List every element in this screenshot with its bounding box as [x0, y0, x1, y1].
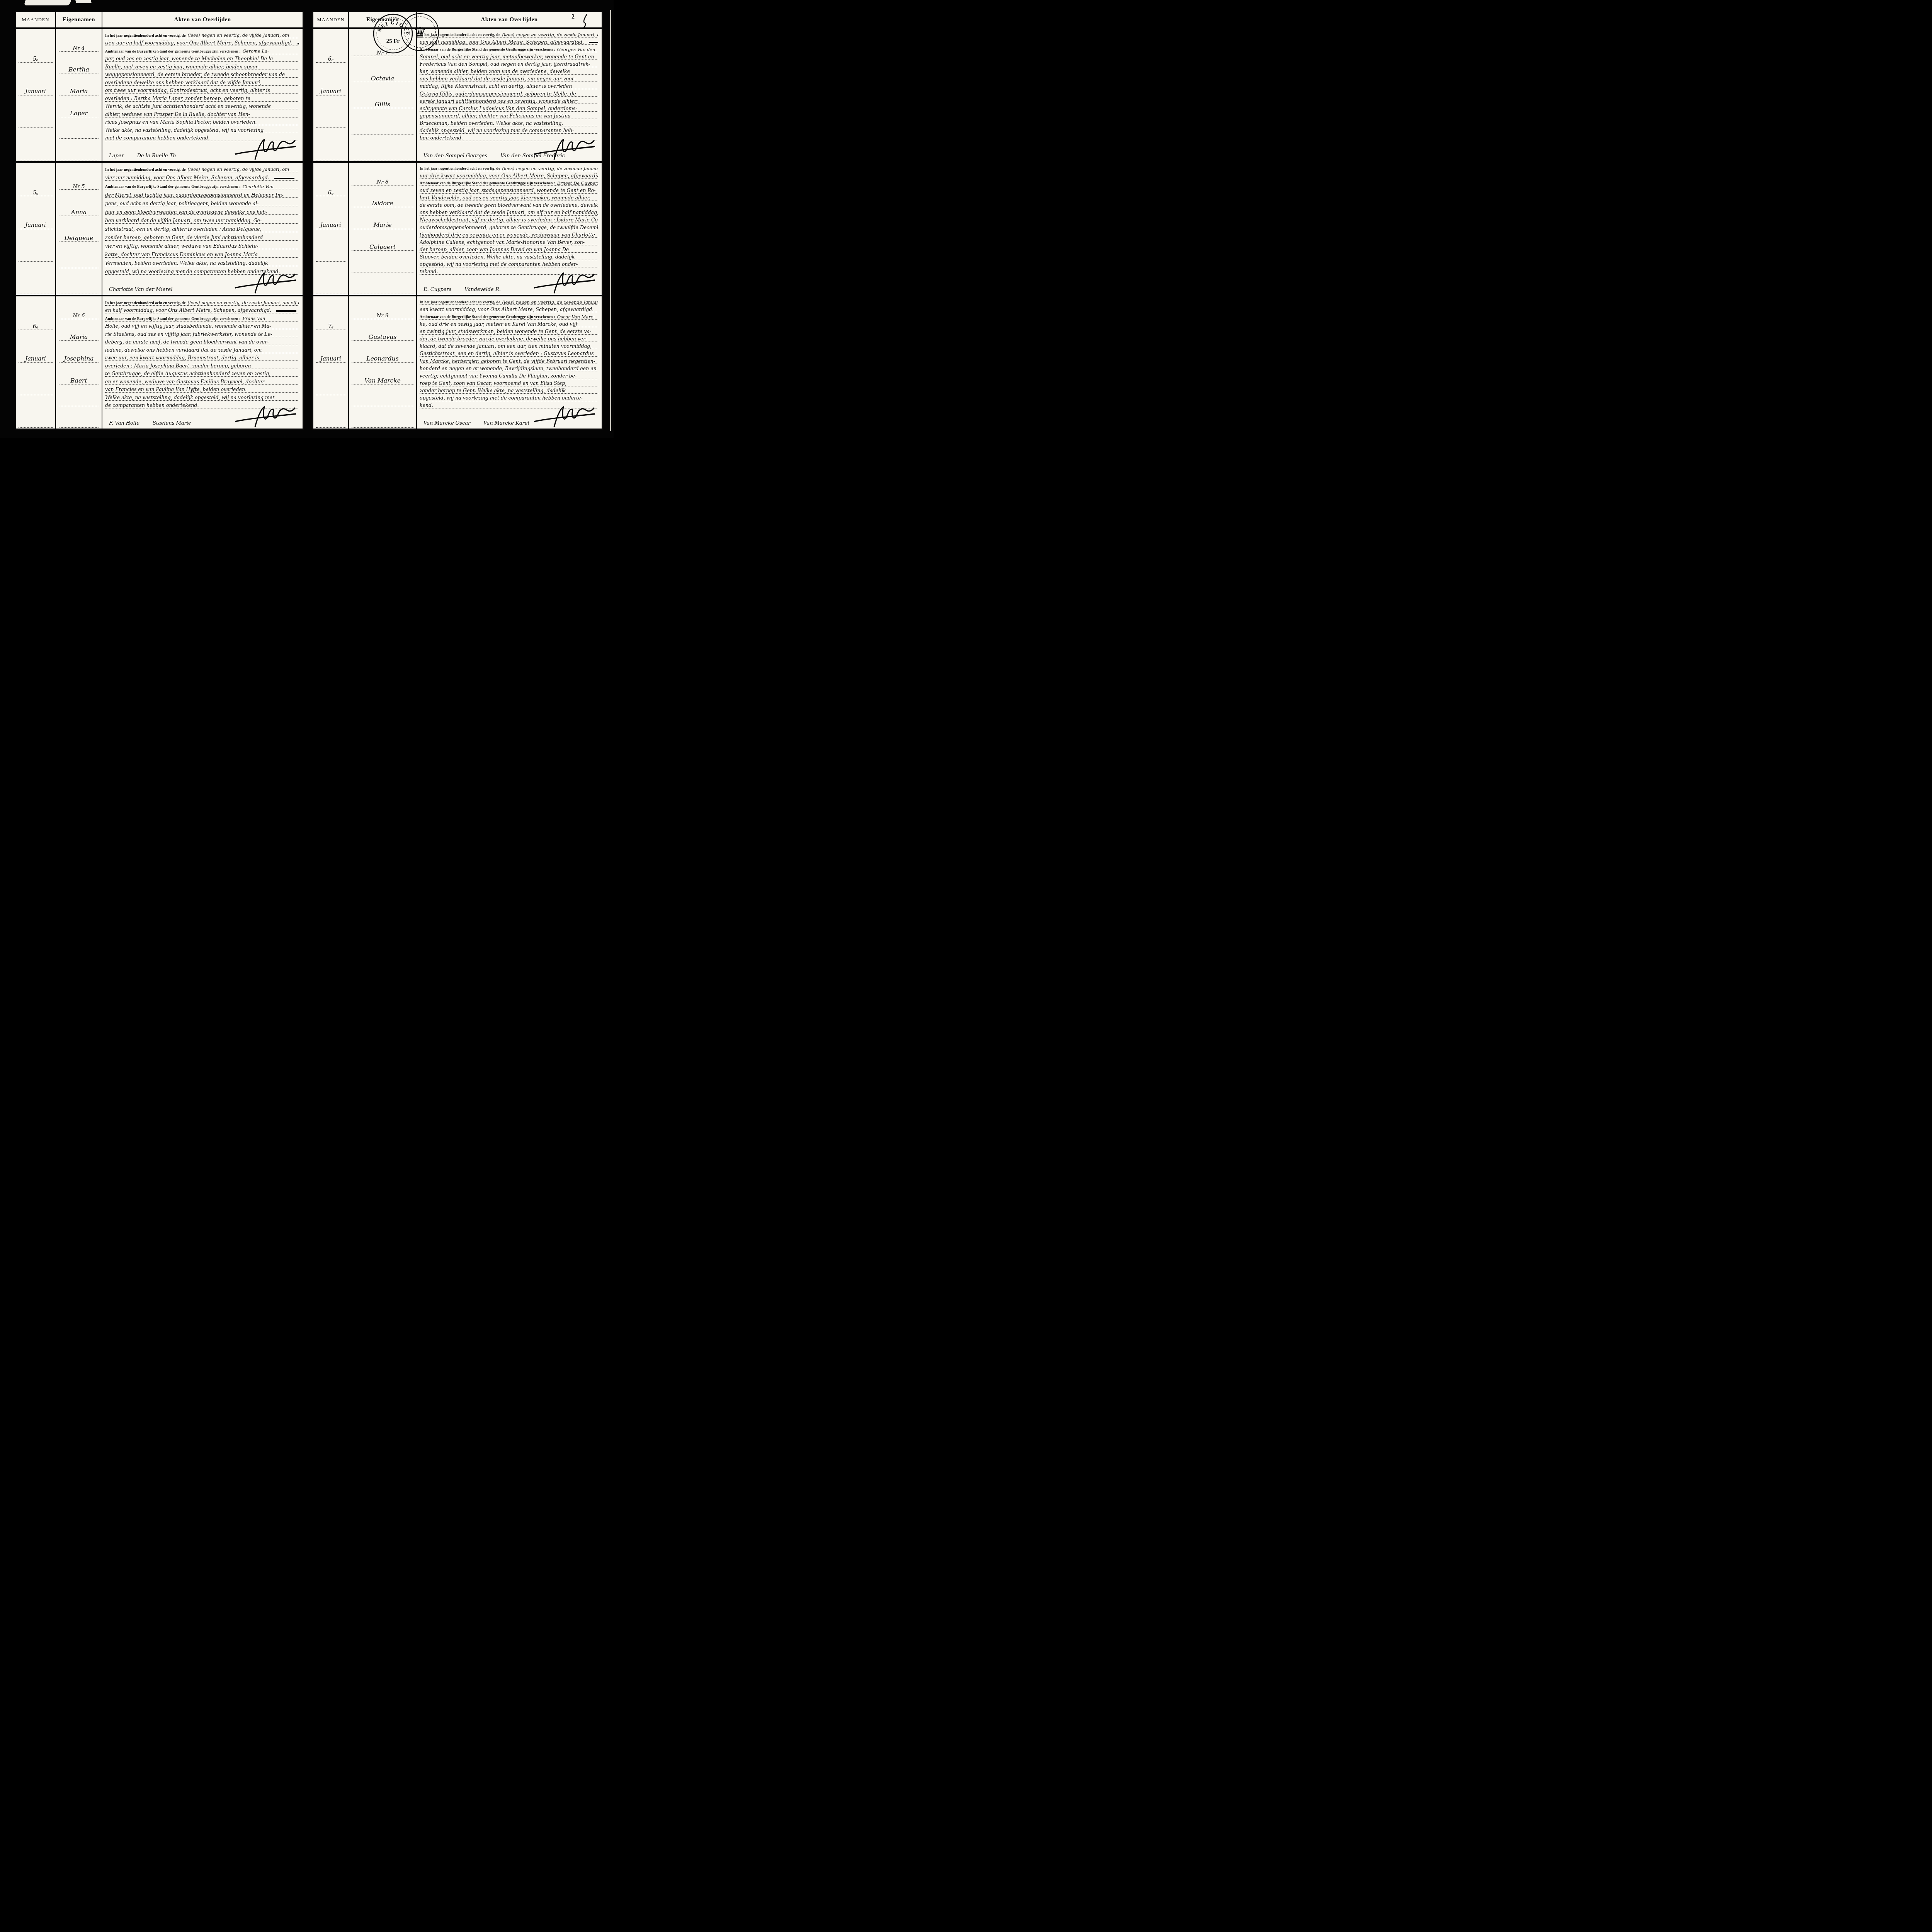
month-day-line: 6e	[316, 30, 345, 63]
signature-row: Laper De la Ruelle Th	[105, 141, 299, 160]
handwritten-insert: (lees) negen en veertig, de zevende Janu…	[502, 300, 598, 305]
text-line: bert Vandevelde, oud zes en veertig jaar…	[420, 194, 598, 201]
text-line: overleden : Bertha Maria Laper, zonder b…	[105, 94, 299, 102]
text-line: Anna	[59, 190, 99, 216]
ruled-line	[59, 242, 99, 268]
printed-appeared: Ambtenaar van de Burgerlijke Stand der g…	[420, 181, 555, 185]
text-line: Ruelle, oud zeven en zestig jaar, wonend…	[105, 62, 299, 70]
ruled-line	[352, 108, 413, 134]
death-record-nr4: 5e Januari Nr 4 BerthaMariaLaper In het …	[16, 29, 303, 163]
handwritten-text: vier uur namiddag, voor Ons Albert Meire…	[105, 175, 269, 180]
signature-row: E. Cuypers Vandevelde R.	[420, 275, 598, 294]
text-line: overledene dewelke ons hebben verklaard …	[105, 78, 299, 86]
text-line: ricus Josephus en van Maria Sophia Pecto…	[105, 117, 299, 126]
text-line: Gillis	[352, 82, 413, 108]
printed-appeared: Ambtenaar van de Burgerlijke Stand der g…	[105, 185, 241, 189]
register-scan: MAANDEN Eigennamen Akten van Overlijden …	[0, 0, 614, 438]
handwritten-text: een half namiddag, voor Ons Albert Meire…	[420, 39, 584, 45]
handwritten-insert: Georges Van den	[557, 47, 595, 52]
handwritten-text: een kwart voormiddag, voor Ons Albert Me…	[420, 307, 594, 312]
signature: Charlotte Van der Mierel	[109, 287, 173, 293]
text-line: Laper	[59, 95, 99, 117]
text-line: ben verklaard dat de vijfde Januari, om …	[105, 215, 299, 223]
filler-dash	[274, 178, 294, 179]
act-opening-line: In het jaar negentienhonderd acht en vee…	[420, 30, 598, 37]
act-opening-line: In het jaar negentienhonderd acht en vee…	[105, 30, 299, 38]
months-label: MAANDEN	[317, 17, 345, 23]
handwritten-insert: Gerome La-	[243, 49, 269, 54]
signature: Van den Sompel Georges	[423, 153, 487, 159]
handwritten-insert: Oscar Van Marc-	[557, 315, 595, 320]
column-header-months: MAANDEN	[16, 12, 56, 27]
month-cell: 6e Januari	[313, 163, 349, 295]
text-line: middag, Rijke Klarenstraat, acht en dert…	[420, 82, 598, 89]
act-appeared-line: Ambtenaar van de Burgerlijke Stand der g…	[105, 46, 299, 54]
ruled-line	[316, 128, 345, 160]
ruled-line	[59, 268, 99, 294]
text-line: honderd en negen en er wonende, Bevrijdi…	[420, 364, 598, 371]
ruled-line	[352, 251, 413, 272]
official-signature	[232, 271, 298, 295]
text-line: veertig; echtgenoot van Yvonna Camilla D…	[420, 371, 598, 379]
day-value: 6	[33, 324, 36, 330]
signature: Van Marcke Oscar	[423, 421, 470, 426]
ruled-line	[59, 384, 99, 406]
ruled-line	[19, 128, 53, 160]
ruled-line	[316, 262, 345, 294]
text-line: dadelijk opgesteld, wij na voorlezing me…	[420, 126, 598, 134]
text-line: hier en geen bloedverwanten van de overl…	[105, 206, 299, 215]
acts-label: Akten van Overlijden	[174, 17, 231, 23]
act-appeared-line: Ambtenaar van de Burgerlijke Stand der g…	[420, 45, 598, 52]
ruled-line	[352, 406, 413, 428]
register-page-right: 2 BELGIQUE 25 Fr ♛ MAANDEN Eigennamen Ak…	[312, 11, 603, 430]
text-line: twee uur, een kwart voormiddag, Braemstr…	[105, 353, 299, 361]
handwritten-insert: Ernest De Cuyper,	[557, 181, 598, 186]
filler-dash	[298, 43, 299, 44]
text-line: en twintig jaar, stadswerkman, beiden wo…	[420, 327, 598, 335]
ruled-line	[19, 262, 53, 294]
month-day-line: 5e	[19, 30, 53, 63]
text-line: opgesteld, wij na voorlezing met de comp…	[420, 260, 598, 267]
handwritten-text: en half voormiddag, voor Ons Albert Meir…	[105, 308, 271, 313]
names-label: Eigennamen	[63, 17, 95, 23]
ruled-line	[316, 229, 345, 262]
act-number: Nr 6	[59, 298, 99, 319]
names-cell: Nr 4 BerthaMariaLaper	[56, 29, 102, 161]
day-value: 5	[33, 190, 36, 196]
day-value: 6	[328, 56, 332, 62]
signature: Vandevelde R.	[464, 287, 501, 293]
printed-appeared: Ambtenaar van de Burgerlijke Stand der g…	[420, 315, 555, 319]
day-ordinal: e	[36, 58, 38, 62]
text-line: Delqueue	[59, 216, 99, 242]
day-ordinal: e	[332, 58, 333, 62]
text-line: roep te Gent, zoon van Oscar, voornoemd …	[420, 379, 598, 386]
text-line: opgesteld, wij na voorlezing met de comp…	[105, 266, 299, 275]
official-signature	[531, 405, 597, 429]
text-line: Octavia Gillis, ouderdomsgepensionneerd,…	[420, 89, 598, 97]
day-ordinal: e	[36, 326, 38, 330]
scan-edge-line	[610, 10, 611, 431]
printed-opening: In het jaar negentienhonderd acht en vee…	[105, 34, 185, 38]
handwritten-text: uur drie kwart voormiddag, voor Ons Albe…	[420, 173, 598, 179]
handwritten-insert: (lees) negen en veertig, de zevende Janu…	[502, 166, 598, 171]
text-line: Octavia	[352, 56, 413, 82]
text-line: eerste Januari achttienhonderd zes en ze…	[420, 97, 598, 104]
column-header-acts: Akten van Overlijden	[102, 12, 303, 27]
text-line: echtgenote van Carolus Ludovicus Van den…	[420, 104, 598, 111]
act-opening-line: In het jaar negentienhonderd acht en vee…	[420, 298, 598, 305]
month-value: Januari	[19, 196, 53, 229]
text-line: met de comparanten hebben ondertekend.	[105, 133, 299, 141]
month-value: Januari	[316, 196, 345, 229]
printed-opening: In het jaar negentienhonderd acht en vee…	[420, 167, 500, 171]
day-ordinal: e	[332, 326, 333, 330]
act-opening-line2: uur drie kwart voormiddag, voor Ons Albe…	[420, 171, 598, 179]
act-opening-line2: tien uur en half voormiddag, voor Ons Al…	[105, 38, 299, 46]
month-cell: 6e Januari	[16, 296, 56, 429]
act-opening-line2: een kwart voormiddag, voor Ons Albert Me…	[420, 305, 598, 312]
column-header-months: MAANDEN	[313, 12, 349, 27]
text-line: kend.	[420, 401, 598, 408]
printed-appeared: Ambtenaar van de Burgerlijke Stand der g…	[420, 48, 555, 52]
text-line: Josephina	[59, 341, 99, 362]
film-tear-mark	[24, 0, 71, 5]
signature: De la Ruelle Th	[137, 153, 176, 159]
names-cell: Nr 9 GustavusLeonardusVan Marcke	[349, 296, 417, 429]
official-signature	[531, 271, 597, 295]
act-opening-line: In het jaar negentienhonderd acht en vee…	[105, 298, 299, 306]
ruled-line	[59, 117, 99, 139]
month-value: Januari	[19, 330, 53, 362]
handwritten-insert: Frans Van	[243, 316, 265, 321]
text-line: gepensionneerd, alhier, dochter van Feli…	[420, 112, 598, 119]
act-cell: In het jaar negentienhonderd acht en vee…	[417, 163, 602, 295]
month-cell: 5e Januari	[16, 163, 56, 295]
death-record-nr5: 5e Januari Nr 5 AnnaDelqueue In het jaar…	[16, 163, 303, 296]
text-line: Braeckman, beiden overleden. Welke akte,…	[420, 119, 598, 126]
act-appeared-line: Ambtenaar van de Burgerlijke Stand der g…	[105, 181, 299, 189]
months-label: MAANDEN	[22, 17, 49, 23]
text-line: Marie	[352, 207, 413, 229]
film-tear-mark	[75, 0, 92, 3]
act-appeared-line: Ambtenaar van de Burgerlijke Stand der g…	[420, 179, 598, 186]
act-number: Nr 7	[352, 30, 413, 56]
text-line: der, de tweede broeder van de overledene…	[420, 335, 598, 342]
table-header: MAANDEN Eigennamen Akten van Overlijden	[16, 12, 303, 29]
text-line: opgesteld, wij na voorlezing met de comp…	[420, 394, 598, 401]
register-page-left: MAANDEN Eigennamen Akten van Overlijden …	[15, 11, 304, 430]
death-record-nr7: 6e Januari Nr 7 OctaviaGillis In het jaa…	[313, 29, 602, 163]
act-cell: In het jaar negentienhonderd acht en vee…	[102, 296, 303, 429]
text-line: Van Marcke	[352, 363, 413, 384]
month-cell: 6e Januari	[313, 29, 349, 161]
text-line: Welke akte, na vaststelling, dadelijk op…	[105, 393, 299, 401]
text-line: ons hebben verklaard dat de zesde Januar…	[420, 75, 598, 82]
page-number-block: 2	[571, 14, 590, 29]
ruled-line	[59, 406, 99, 428]
month-day-line: 6e	[19, 298, 53, 330]
names-cell: Nr 7 OctaviaGillis	[349, 29, 417, 161]
text-line: om twee uur voormiddag, Gontrodestraat, …	[105, 86, 299, 94]
act-number: Nr 8	[352, 164, 413, 185]
handwritten-insert: (lees) negen en veertig, de zesde Januar…	[187, 300, 299, 305]
names-cell: Nr 6 MariaJosephinaBaert	[56, 296, 102, 429]
handwritten-insert: (lees) negen en veertig, de vijfde Janua…	[187, 33, 289, 38]
act-appeared-line: Ambtenaar van de Burgerlijke Stand der g…	[420, 312, 598, 320]
signature-row: Van den Sompel Georges Van den Sompel Fr…	[420, 141, 598, 160]
act-number: Nr 9	[352, 298, 413, 319]
text-line: Maria	[59, 319, 99, 341]
text-line: Baert	[59, 363, 99, 384]
act-number: Nr 5	[59, 164, 99, 190]
text-line: van Francies en van Paulina Van Hyfte, b…	[105, 385, 299, 393]
text-line: zonder beroep te Gent. Welke akte, na va…	[420, 386, 598, 394]
text-line: Adolphine Callens, echtgenoot van Marie-…	[420, 238, 598, 245]
text-line: zonder beroep, geboren te Gent, de vierd…	[105, 232, 299, 241]
text-line: per, oud zes en zestig jaar, wonende te …	[105, 54, 299, 62]
month-value: Januari	[316, 63, 345, 95]
signature: Van Marcke Karel	[483, 421, 529, 426]
month-day-line: 5e	[19, 164, 53, 196]
ruled-line	[19, 395, 53, 428]
signature: Van den Sompel Frederic	[500, 153, 565, 159]
text-line: der Mierel, oud tachtig jaar, ouderdomsg…	[105, 189, 299, 198]
ruled-line	[19, 95, 53, 128]
act-appeared-line: Ambtenaar van de Burgerlijke Stand der g…	[105, 313, 299, 321]
text-line: Leonardus	[352, 341, 413, 362]
ruled-line	[316, 395, 345, 428]
text-line: katte, dochter van Franciscus Dominicus …	[105, 249, 299, 258]
month-value: Januari	[316, 330, 345, 362]
acts-label: Akten van Overlijden	[481, 17, 537, 23]
signature: E. Cuypers	[423, 287, 451, 293]
text-line: Maria	[59, 73, 99, 95]
death-record-nr9: 7e Januari Nr 9 GustavusLeonardusVan Mar…	[313, 296, 602, 429]
ruled-line	[352, 272, 413, 294]
day-ordinal: e	[332, 192, 333, 196]
text-line: tienhonderd drie en zeventig en er wonen…	[420, 230, 598, 238]
act-opening-line2: en half voormiddag, voor Ons Albert Meir…	[105, 306, 299, 314]
official-signature	[232, 137, 298, 161]
text-line: de eerste oom, de tweede geen bloedverwa…	[420, 201, 598, 208]
signature-row: Charlotte Van der Mierel	[105, 275, 299, 294]
text-line: Gestichtstraat, een en dertig, alhier is…	[420, 349, 598, 357]
table-header: MAANDEN Eigennamen Akten van Overlijden	[313, 12, 602, 29]
text-line: te Gentbrugge, de elfde Augustus achttie…	[105, 369, 299, 377]
handwritten-text: tien uur en half voormiddag, voor Ons Al…	[105, 40, 293, 46]
act-cell: In het jaar negentienhonderd acht en vee…	[102, 163, 303, 295]
page-number: 2	[571, 14, 575, 20]
printed-appeared: Ambtenaar van de Burgerlijke Stand der g…	[105, 49, 241, 54]
text-line: Welke akte, na vaststelling, dadelijk op…	[105, 125, 299, 133]
handwritten-insert: (lees) negen en veertig, de vijfde Janua…	[187, 167, 289, 172]
text-line: klaard, dat de zevende Januari, om een u…	[420, 342, 598, 349]
text-line: deberg, de eerste neef, de tweede geen b…	[105, 337, 299, 345]
signature-row: F. Van Holle Staelens Marie	[105, 408, 299, 428]
act-opening-line: In het jaar negentienhonderd acht en vee…	[420, 164, 598, 171]
records-right: 6e Januari Nr 7 OctaviaGillis In het jaa…	[313, 29, 602, 429]
ruled-line	[59, 139, 99, 160]
handwritten-insert: Charlotte Van	[243, 184, 274, 189]
text-line: ker, wonende alhier, beiden zoon van de …	[420, 67, 598, 75]
text-line: rie Staelens, oud zes en vijftig jaar, f…	[105, 329, 299, 337]
ruled-line	[316, 363, 345, 395]
text-line: Vermeulen, beiden overleden. Welke akte,…	[105, 258, 299, 266]
text-line: der beroep, alhier, zoon van Joannes Dav…	[420, 245, 598, 253]
text-line: en er wonende, weduwe van Gustavus Emili…	[105, 377, 299, 385]
text-line: Sompel, oud acht en veertig jaar, metaal…	[420, 52, 598, 60]
text-line: pens, oud acht en dertig jaar, politieag…	[105, 198, 299, 206]
day-ordinal: e	[36, 192, 38, 196]
text-line: Holle, oud vijf en vijftig jaar, stadsbe…	[105, 321, 299, 330]
handwritten-insert: (lees) negen en veertig, de zesde Januar…	[502, 32, 598, 37]
act-cell: In het jaar negentienhonderd acht en vee…	[417, 296, 602, 429]
ruled-line	[19, 229, 53, 262]
death-record-nr6: 6e Januari Nr 6 MariaJosephinaBaert In h…	[16, 296, 303, 429]
filler-dash	[276, 310, 296, 312]
month-cell: 7e Januari	[313, 296, 349, 429]
names-cell: Nr 5 AnnaDelqueue	[56, 163, 102, 295]
signature: Staelens Marie	[153, 421, 191, 426]
text-line: Bertha	[59, 52, 99, 73]
text-line: ons hebben verklaard dat de zesde Januar…	[420, 208, 598, 216]
text-line: ouderdomsgepensionneerd, geboren te Gent…	[420, 223, 598, 230]
column-header-names: Eigennamen	[56, 12, 102, 27]
day-value: 6	[328, 190, 332, 196]
filler-dash	[589, 42, 598, 43]
month-value: Januari	[19, 63, 53, 95]
signature: Laper	[109, 153, 124, 159]
text-line: Wervik, de achtste Juni achttienhonderd …	[105, 102, 299, 110]
text-line: Van Marcke, herbergier, geboren te Gent,…	[420, 357, 598, 364]
ruled-line	[19, 363, 53, 395]
names-cell: Nr 8 IsidoreMarieColpaert	[349, 163, 417, 295]
text-line: weggepensionneerd, de eerste broeder, de…	[105, 70, 299, 78]
records-left: 5e Januari Nr 4 BerthaMariaLaper In het …	[16, 29, 303, 429]
printed-appeared: Ambtenaar van de Burgerlijke Stand der g…	[105, 317, 241, 321]
text-line: overleden : Maria Josephina Baert, zonde…	[105, 361, 299, 369]
printed-opening: In het jaar negentienhonderd acht en vee…	[105, 168, 185, 172]
printed-opening: In het jaar negentienhonderd acht en vee…	[105, 301, 185, 305]
text-line: de comparanten hebben ondertekend.	[105, 401, 299, 409]
text-line: vier en vijftig, wonende alhier, weduwe …	[105, 241, 299, 249]
text-line: Isidore	[352, 185, 413, 207]
death-record-nr8: 6e Januari Nr 8 IsidoreMarieColpaert In …	[313, 163, 602, 296]
signature-row: Van Marcke Oscar Van Marcke Karel	[420, 408, 598, 428]
ruled-line	[352, 384, 413, 406]
text-line: ben ondertekend.	[420, 134, 598, 141]
day-value: 5	[33, 56, 36, 62]
ruled-line	[316, 95, 345, 128]
text-line: Gustavus	[352, 319, 413, 341]
printed-opening: In het jaar negentienhonderd acht en vee…	[420, 300, 500, 304]
official-signature	[232, 405, 298, 429]
act-number: Nr 4	[59, 30, 99, 52]
printed-opening: In het jaar negentienhonderd acht en vee…	[420, 33, 500, 37]
ruled-line	[352, 134, 413, 160]
text-line: stichtstraat, een en dertig, alhier is o…	[105, 224, 299, 232]
text-line: oud zeven en zestig jaar, stadsgepension…	[420, 186, 598, 193]
text-line: Colpaert	[352, 229, 413, 251]
text-line: Nieuwscheldestraat, vijf en dertig, alhi…	[420, 216, 598, 223]
act-opening-line2: een half namiddag, voor Ons Albert Meire…	[420, 37, 598, 45]
text-line: ledene, dewelke ons hebben verklaard dat…	[105, 345, 299, 353]
text-line: tekend.	[420, 267, 598, 275]
month-day-line: 7e	[316, 298, 345, 330]
text-line: Fredericus Van den Sompel, oud negen en …	[420, 60, 598, 67]
signature: F. Van Holle	[109, 421, 139, 426]
text-line: ke, oud drie en zestig jaar, metser en K…	[420, 320, 598, 327]
text-line: alhier, weduwe van Prosper De la Ruelle,…	[105, 109, 299, 117]
handwritten-paraph	[580, 14, 590, 29]
day-value: 7	[328, 324, 332, 330]
month-day-line: 6e	[316, 164, 345, 196]
month-cell: 5e Januari	[16, 29, 56, 161]
act-cell: In het jaar negentienhonderd acht en vee…	[417, 29, 602, 161]
act-opening-line: In het jaar negentienhonderd acht en vee…	[105, 164, 299, 172]
act-cell: In het jaar negentienhonderd acht en vee…	[102, 29, 303, 161]
act-opening-line2: vier uur namiddag, voor Ons Albert Meire…	[105, 172, 299, 181]
text-line: Stoover, beiden overleden. Welke akte, n…	[420, 253, 598, 260]
